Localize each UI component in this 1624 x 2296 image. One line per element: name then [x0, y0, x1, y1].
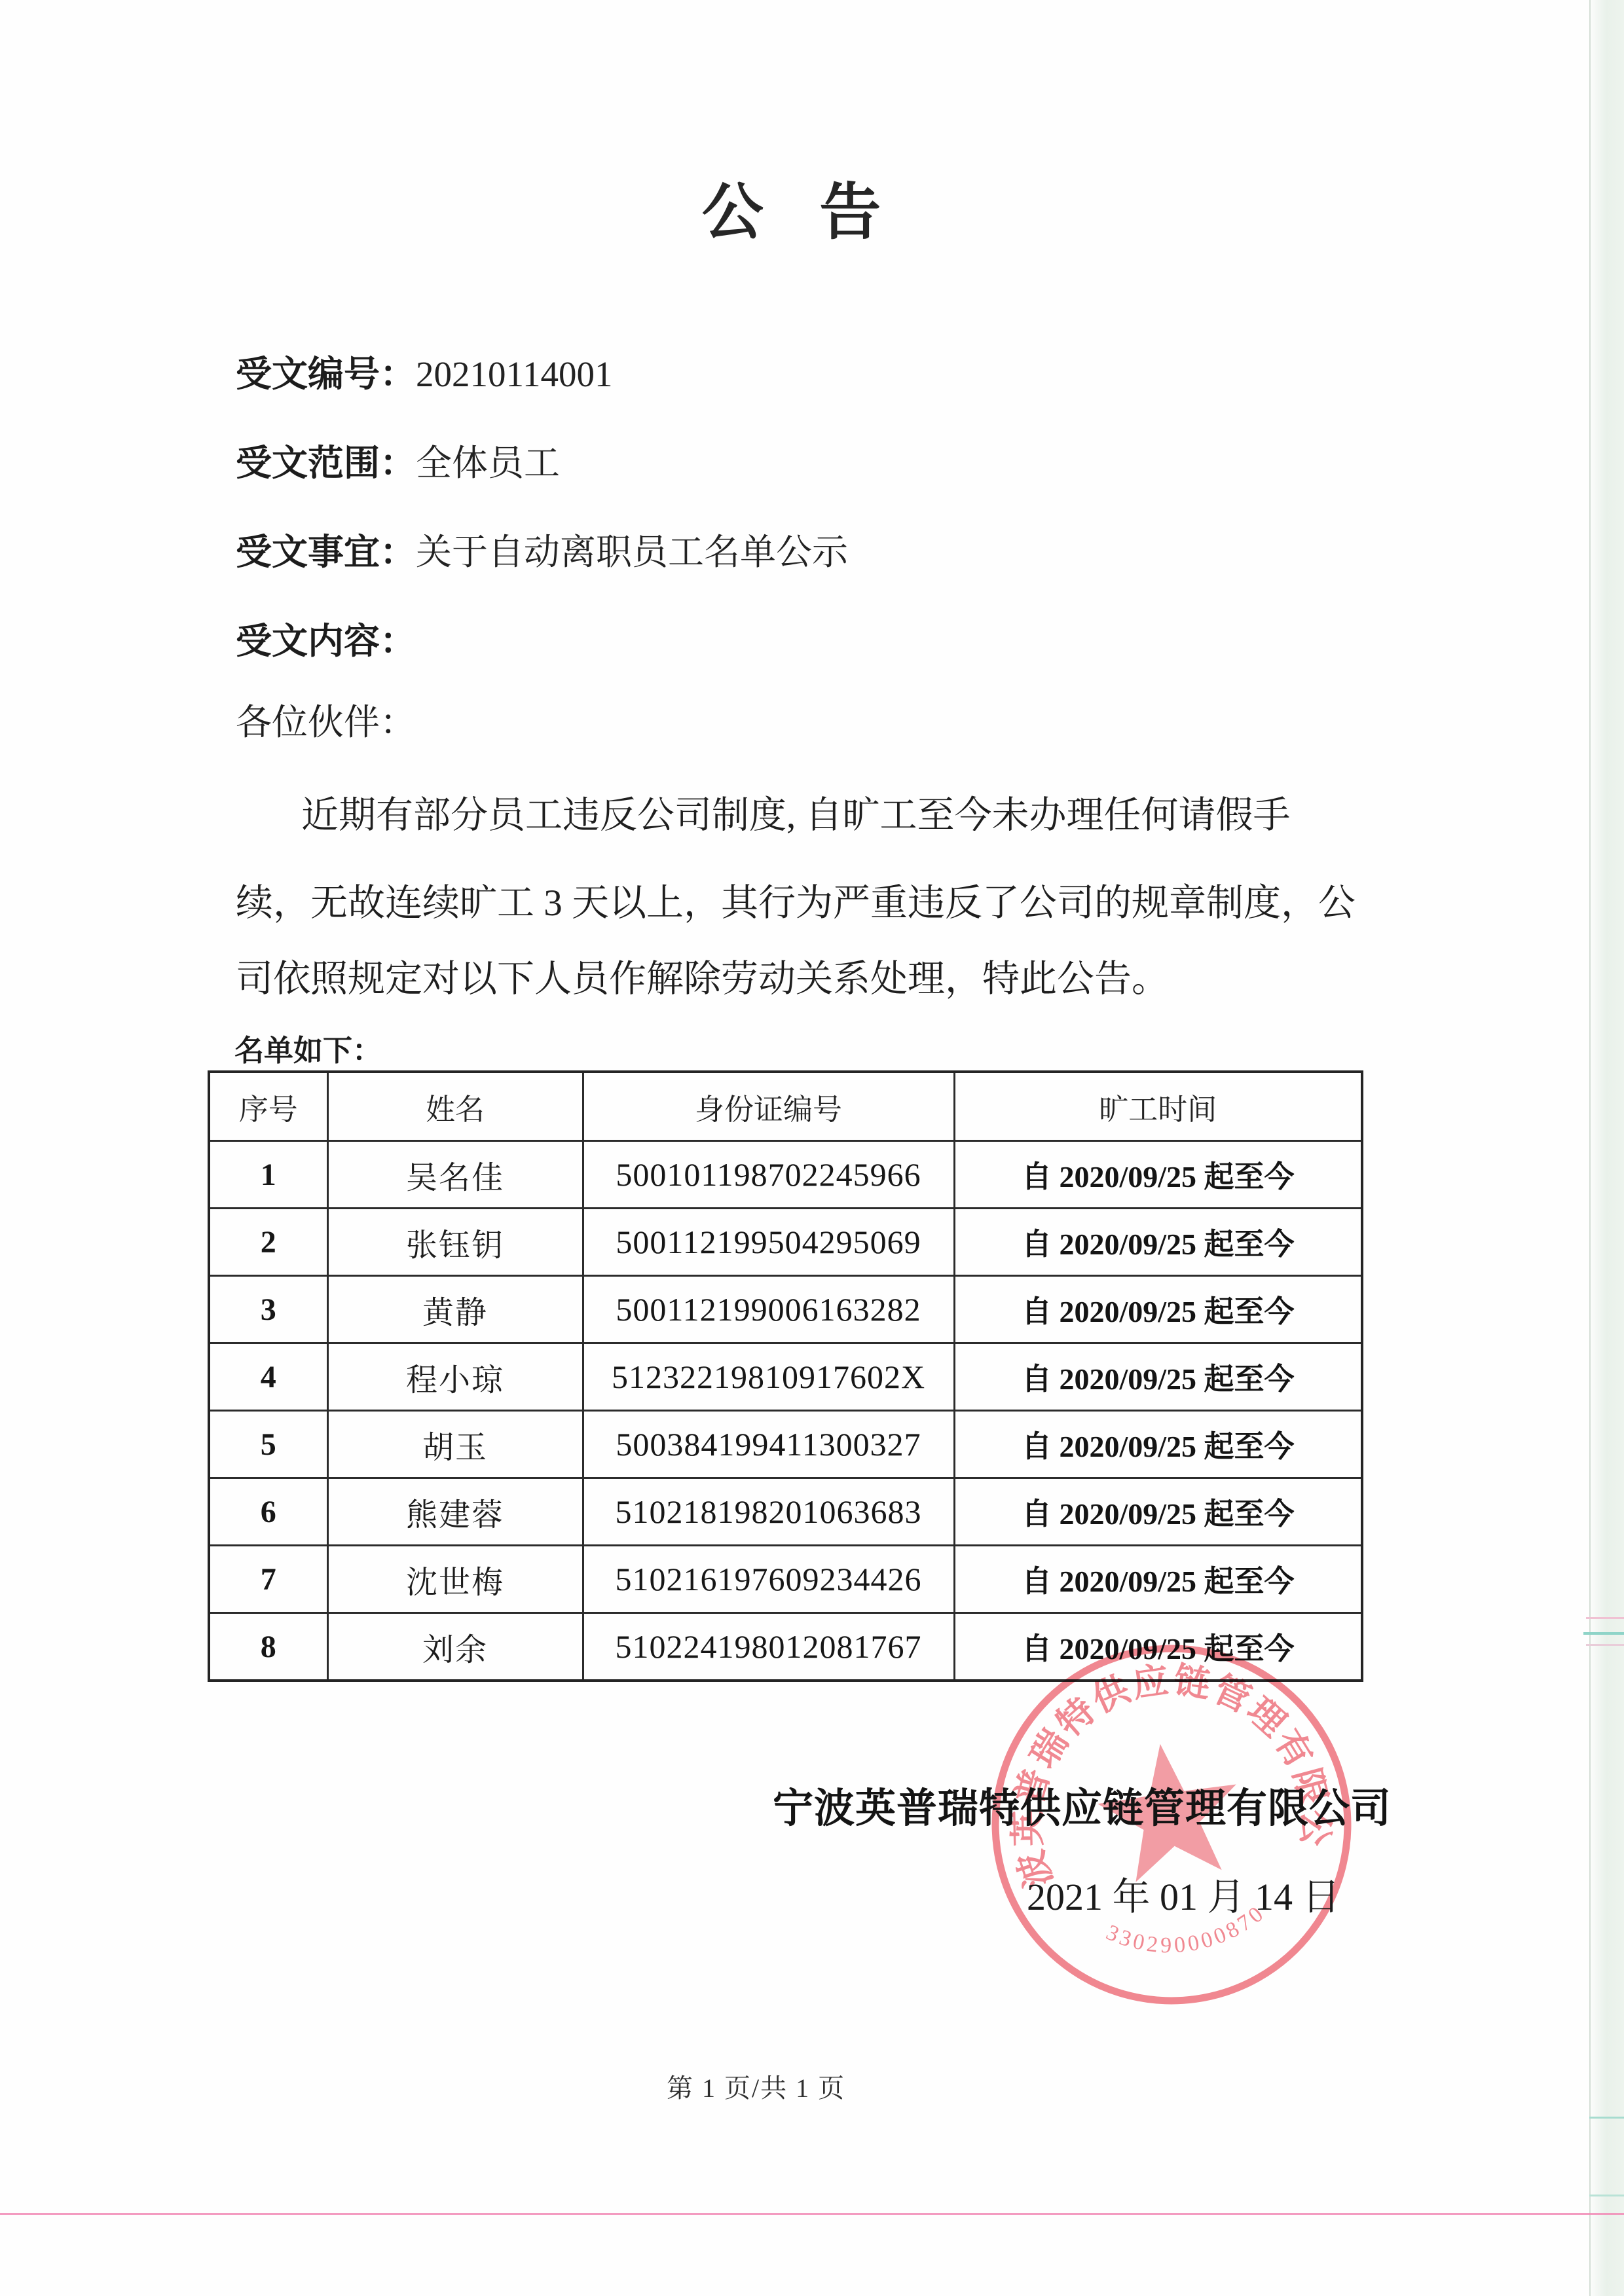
cell-absence-period: 自 2020/09/25 起至今: [954, 1411, 1362, 1478]
cell-id-number: 500112199504295069: [583, 1209, 954, 1276]
cell-seq: 8: [209, 1613, 327, 1681]
header-name: 姓名: [327, 1072, 583, 1141]
table-row: 7 沈世梅 510216197609234426 自 2020/09/25 起至…: [209, 1546, 1362, 1613]
scan-artifact-line: [1586, 1644, 1624, 1646]
signature-company-name: 宁波英普瑞特供应链管理有限公司: [773, 1776, 1392, 1834]
cell-seq: 5: [209, 1411, 327, 1478]
field-doc-scope-value: 全体员工: [416, 443, 560, 483]
table-header-row: 序号 姓名 身份证编号 旷工时间: [209, 1072, 1362, 1141]
field-doc-subject-value: 关于自动离职员工名单公示: [416, 532, 848, 572]
cell-seq: 7: [209, 1546, 327, 1613]
field-doc-scope-label: 受文范围：: [236, 443, 416, 483]
scan-edge-band: [1589, 0, 1624, 2296]
cell-id-number: 510218198201063683: [583, 1478, 954, 1546]
header-seq: 序号: [209, 1072, 327, 1141]
field-doc-number-value: 20210114001: [416, 354, 612, 394]
dismissed-employees-table: 序号 姓名 身份证编号 旷工时间 1 吴名佳 50010119870224596…: [208, 1070, 1363, 1682]
cell-id-number: 510216197609234426: [583, 1546, 954, 1613]
field-doc-number-label: 受文编号：: [236, 354, 416, 394]
body-paragraph-line-1: 近期有部分员工违反公司制度, 自旷工至今未办理任何请假手: [236, 793, 1454, 838]
table-row: 4 程小琼 51232219810917602X 自 2020/09/25 起至…: [209, 1343, 1362, 1411]
page-number-footer: 第 1 页/共 1 页: [667, 2068, 845, 2105]
cell-name: 黄静: [327, 1276, 583, 1343]
cell-absence-period: 自 2020/09/25 起至今: [954, 1343, 1362, 1411]
signature-date: 2021 年 01 月 14 日: [1027, 1866, 1340, 1921]
cell-seq: 2: [209, 1209, 327, 1276]
field-doc-subject: 受文事宜：关于自动离职员工名单公示: [236, 532, 848, 573]
field-doc-content-label: 受文内容：: [236, 621, 416, 661]
cell-seq: 6: [209, 1478, 327, 1546]
scanned-announcement-document: 公 告 受文编号：20210114001 受文范围：全体员工 受文事宜：关于自动…: [0, 0, 1624, 2296]
cell-name: 熊建蓉: [327, 1478, 583, 1546]
cell-seq: 1: [209, 1141, 327, 1209]
cell-absence-period: 自 2020/09/25 起至今: [954, 1478, 1362, 1546]
field-doc-scope: 受文范围：全体员工: [236, 443, 560, 484]
header-id-number: 身份证编号: [583, 1072, 954, 1141]
document-title: 公 告: [0, 162, 1588, 251]
cell-name: 胡玉: [327, 1411, 583, 1478]
field-doc-number: 受文编号：20210114001: [236, 354, 612, 395]
cell-id-number: 500112199006163282: [583, 1276, 954, 1343]
cell-seq: 4: [209, 1343, 327, 1411]
scan-artifact-line: [1589, 2117, 1624, 2119]
body-paragraph-line-2: 续，无故连续旷工 3 天以上，其行为严重违反了公司的规章制度，公: [236, 881, 1388, 926]
cell-name: 沈世梅: [327, 1546, 583, 1613]
cell-id-number: 500384199411300327: [583, 1411, 954, 1478]
body-paragraph-line-3: 司依照规定对以下人员作解除劳动关系处理，特此公告。: [236, 957, 1388, 1002]
cell-name: 刘余: [327, 1613, 583, 1681]
header-absence-period: 旷工时间: [954, 1072, 1362, 1141]
table-row: 3 黄静 500112199006163282 自 2020/09/25 起至今: [209, 1276, 1362, 1343]
table-row: 5 胡玉 500384199411300327 自 2020/09/25 起至今: [209, 1411, 1362, 1478]
cell-id-number: 510224198012081767: [583, 1613, 954, 1681]
table-row: 1 吴名佳 500101198702245966 自 2020/09/25 起至…: [209, 1141, 1362, 1209]
cell-name: 吴名佳: [327, 1141, 583, 1209]
field-doc-subject-label: 受文事宜：: [236, 532, 416, 572]
cell-id-number: 51232219810917602X: [583, 1343, 954, 1411]
table-row: 6 熊建蓉 510218198201063683 自 2020/09/25 起至…: [209, 1478, 1362, 1546]
scan-artifact-line: [1586, 1617, 1624, 1619]
cell-id-number: 500101198702245966: [583, 1141, 954, 1209]
cell-name: 程小琼: [327, 1343, 583, 1411]
scan-artifact-line: [1583, 1632, 1624, 1635]
salutation: 各位伙伴：: [236, 702, 416, 743]
cell-absence-period: 自 2020/09/25 起至今: [954, 1546, 1362, 1613]
cell-seq: 3: [209, 1276, 327, 1343]
scan-artifact-line: [1589, 2195, 1624, 2196]
cell-absence-period: 自 2020/09/25 起至今: [954, 1276, 1362, 1343]
table-row: 2 张钰钥 500112199504295069 自 2020/09/25 起至…: [209, 1209, 1362, 1276]
cell-absence-period: 自 2020/09/25 起至今: [954, 1209, 1362, 1276]
cell-absence-period: 自 2020/09/25 起至今: [954, 1141, 1362, 1209]
list-intro-label: 名单如下：: [234, 1027, 382, 1069]
scan-artifact-line: [0, 2213, 1624, 2215]
cell-name: 张钰钥: [327, 1209, 583, 1276]
field-doc-content: 受文内容：: [236, 621, 416, 662]
